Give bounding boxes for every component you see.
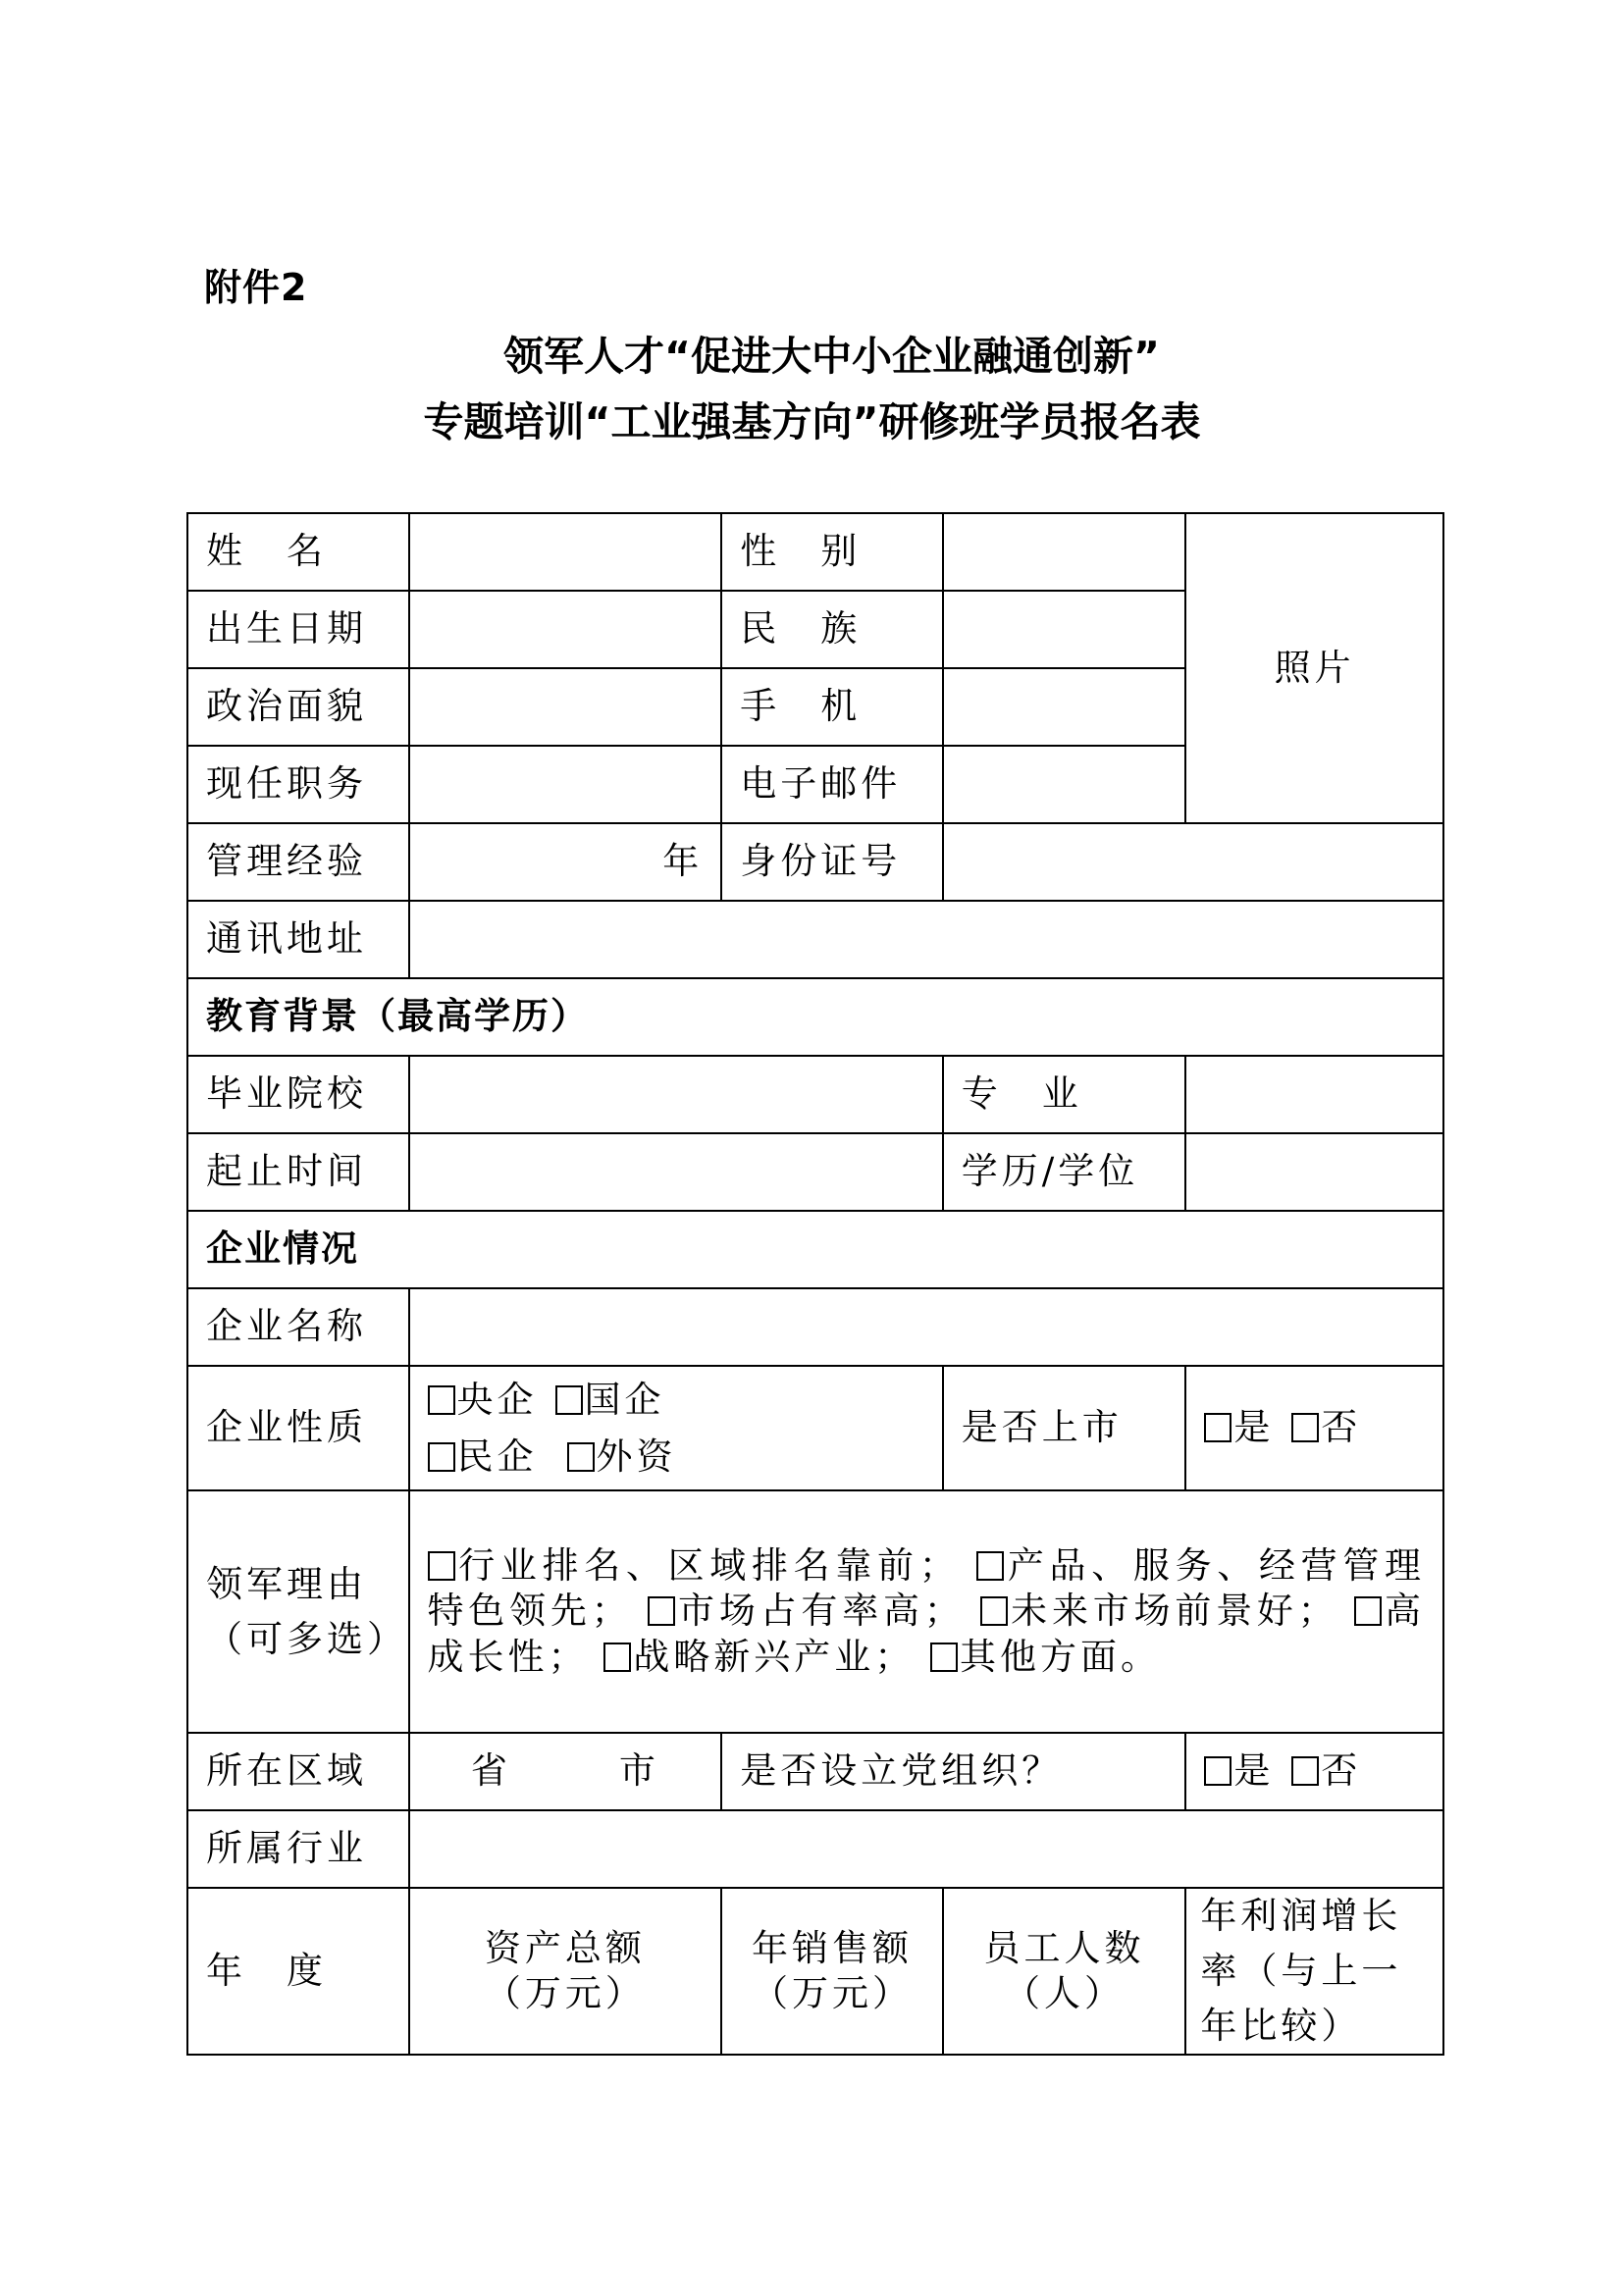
id-number-label: 身份证号 (721, 823, 943, 901)
enterprise-name-field[interactable] (409, 1288, 1443, 1366)
enterprise-nature-label: 企业性质 (187, 1366, 409, 1490)
name-field[interactable] (409, 513, 722, 591)
listed-yes[interactable]: 是 (1204, 1405, 1274, 1450)
form-title-line2: 专题培训“工业强基方向”研修班学员报名表 (0, 390, 1624, 447)
city-unit: 市 (619, 1749, 659, 1792)
address-field[interactable] (409, 901, 1443, 978)
industry-label: 所属行业 (187, 1810, 409, 1888)
listed-options: 是否 (1185, 1366, 1443, 1490)
position-label: 现任职务 (187, 746, 409, 823)
name-label: 姓 名 (187, 513, 409, 591)
reason-option[interactable]: 行业排名、区域排名靠前； (428, 1544, 960, 1587)
degree-field[interactable] (1185, 1133, 1443, 1211)
address-label: 通讯地址 (187, 901, 409, 978)
year-header: 年 度 (187, 1888, 409, 2055)
checkbox[interactable] (555, 1385, 583, 1415)
listed-label: 是否上市 (943, 1366, 1186, 1490)
ethnicity-label: 民 族 (721, 591, 943, 668)
political-status-field[interactable] (409, 668, 722, 746)
major-field[interactable] (1185, 1056, 1443, 1133)
checkbox[interactable] (1204, 1413, 1231, 1442)
photo-box[interactable]: 照片 (1185, 513, 1443, 823)
leading-reason-label: 领军理由（可多选） (187, 1490, 409, 1733)
education-section-title: 教育背景（最高学历） (187, 978, 1443, 1056)
listed-no[interactable]: 否 (1291, 1405, 1361, 1450)
email-label: 电子邮件 (721, 746, 943, 823)
form-title-line1: 领军人才“促进大中小企业融通创新” (20, 324, 1624, 382)
checkbox[interactable] (603, 1643, 631, 1672)
option-foreign[interactable]: 外资 (567, 1429, 677, 1486)
party-org-options: 是否 (1185, 1733, 1443, 1810)
major-label: 专 业 (943, 1056, 1186, 1133)
study-period-label: 起止时间 (187, 1133, 409, 1211)
checkbox[interactable] (428, 1385, 455, 1415)
degree-label: 学历/学位 (943, 1133, 1186, 1211)
gender-label: 性 别 (721, 513, 943, 591)
option-state-owned[interactable]: 国企 (555, 1372, 665, 1429)
party-no[interactable]: 否 (1291, 1748, 1361, 1794)
birth-date-field[interactable] (409, 591, 722, 668)
birth-date-label: 出生日期 (187, 591, 409, 668)
assets-header: 资产总额（万元） (409, 1888, 722, 2055)
option-private[interactable]: 民企 (428, 1429, 538, 1486)
province-unit: 省 (471, 1749, 511, 1792)
gender-field[interactable] (943, 513, 1186, 591)
enterprise-name-label: 企业名称 (187, 1288, 409, 1366)
reason-option[interactable]: 未来市场前景好； (980, 1590, 1337, 1632)
checkbox[interactable] (1291, 1756, 1319, 1786)
registration-form-table: 姓 名 性 别 照片 出生日期 民 族 政治面貌 手 机 现任职务 电子邮件 管… (186, 512, 1444, 2056)
reason-option[interactable]: 战略新兴产业； (603, 1636, 915, 1678)
checkbox[interactable] (648, 1596, 675, 1626)
checkbox[interactable] (567, 1442, 595, 1472)
sales-header: 年销售额（万元） (721, 1888, 943, 2055)
option-central-soe[interactable]: 央企 (428, 1372, 538, 1429)
region-field[interactable]: 省市 (409, 1733, 722, 1810)
profit-growth-header: 年利润增长率（与上一年比较） (1185, 1888, 1443, 2055)
party-yes[interactable]: 是 (1204, 1748, 1274, 1794)
mgmt-experience-field[interactable]: 年 (409, 823, 722, 901)
study-period-field[interactable] (409, 1133, 943, 1211)
school-label: 毕业院校 (187, 1056, 409, 1133)
checkbox[interactable] (930, 1643, 958, 1672)
enterprise-section-title: 企业情况 (187, 1211, 1443, 1288)
email-field[interactable] (943, 746, 1186, 823)
mgmt-experience-label: 管理经验 (187, 823, 409, 901)
position-field[interactable] (409, 746, 722, 823)
region-label: 所在区域 (187, 1733, 409, 1810)
checkbox[interactable] (1354, 1596, 1382, 1626)
reason-option[interactable]: 其他方面。 (930, 1636, 1161, 1678)
ethnicity-field[interactable] (943, 591, 1186, 668)
phone-label: 手 机 (721, 668, 943, 746)
leading-reason-options: 行业排名、区域排名靠前； 产品、服务、经营管理特色领先； 市场占有率高； 未来市… (409, 1490, 1443, 1733)
id-number-field[interactable] (943, 823, 1443, 901)
enterprise-nature-options: 央企国企 民企外资 (409, 1366, 943, 1490)
photo-label: 照片 (1275, 647, 1355, 689)
party-org-label: 是否设立党组织？ (721, 1733, 1185, 1810)
reason-option[interactable]: 市场占有率高； (648, 1590, 965, 1632)
checkbox[interactable] (428, 1551, 455, 1581)
school-field[interactable] (409, 1056, 943, 1133)
phone-field[interactable] (943, 668, 1186, 746)
checkbox[interactable] (980, 1596, 1008, 1626)
attachment-label: 附件2 (204, 257, 307, 311)
checkbox[interactable] (1204, 1756, 1231, 1786)
checkbox[interactable] (428, 1442, 455, 1472)
checkbox[interactable] (1291, 1413, 1319, 1442)
industry-field[interactable] (409, 1810, 1443, 1888)
mgmt-experience-unit: 年 (662, 840, 703, 882)
political-status-label: 政治面貌 (187, 668, 409, 746)
checkbox[interactable] (976, 1551, 1004, 1581)
staff-header: 员工人数（人） (943, 1888, 1186, 2055)
